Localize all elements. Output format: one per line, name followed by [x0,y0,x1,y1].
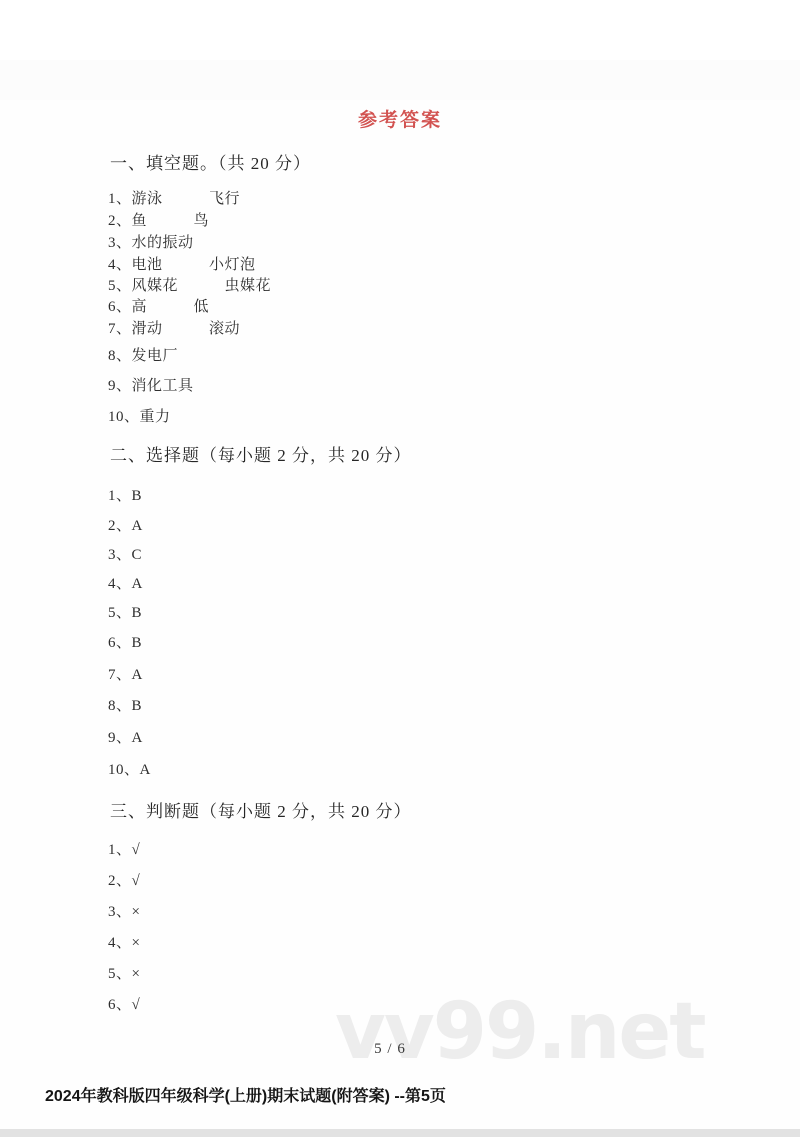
answer-item: 3、水的振动 [108,233,194,253]
page-content: 参考答案 一、填空题。（共 20 分） 二、选择题（每小题 2 分，共 20 分… [0,0,800,1137]
page-title: 参考答案 [0,105,800,132]
section-heading-true-false: 三、判断题（每小题 2 分，共 20 分） [110,797,412,822]
answer-item: 7、滑动 滚动 [108,319,240,339]
answer-item: 10、A [108,760,151,780]
answer-item: 6、B [108,633,142,653]
answer-item: 4、电池 小灯泡 [108,255,256,275]
answer-item: 1、游泳 飞行 [108,189,240,209]
answer-item: 2、A [108,516,143,536]
document-footer: 2024年教科版四年级科学(上册)期末试题(附答案) --第5页 [45,1083,446,1106]
answer-item: 8、发电厂 [108,346,178,366]
answer-item: 4、A [108,574,143,594]
answer-item: 3、× [108,902,140,922]
answer-item: 9、消化工具 [108,376,194,396]
answer-item: 2、鱼 鸟 [108,211,209,231]
answer-item: 1、√ [108,840,140,860]
answer-item: 3、C [108,545,142,565]
answer-item: 7、A [108,665,143,685]
answer-item: 5、风媒花 虫媒花 [108,276,271,296]
answer-item: 2、√ [108,871,140,891]
answer-item: 10、重力 [108,407,171,427]
answer-item: 6、高 低 [108,297,209,317]
section-heading-multiple-choice: 二、选择题（每小题 2 分，共 20 分） [110,441,412,466]
answer-item: 5、B [108,603,142,623]
document-page: vv99.net 参考答案 一、填空题。（共 20 分） 二、选择题（每小题 2… [0,0,800,1137]
answer-item: 1、B [108,486,142,506]
answer-item: 4、× [108,933,140,953]
bottom-edge-strip [0,1129,800,1137]
answer-item: 5、× [108,964,140,984]
page-number-indicator: 5 / 6 [0,1041,780,1058]
answer-item: 8、B [108,696,142,716]
answer-item: 9、A [108,728,143,748]
answer-item: 6、√ [108,995,140,1015]
section-heading-fill-in-blanks: 一、填空题。（共 20 分） [110,149,311,174]
